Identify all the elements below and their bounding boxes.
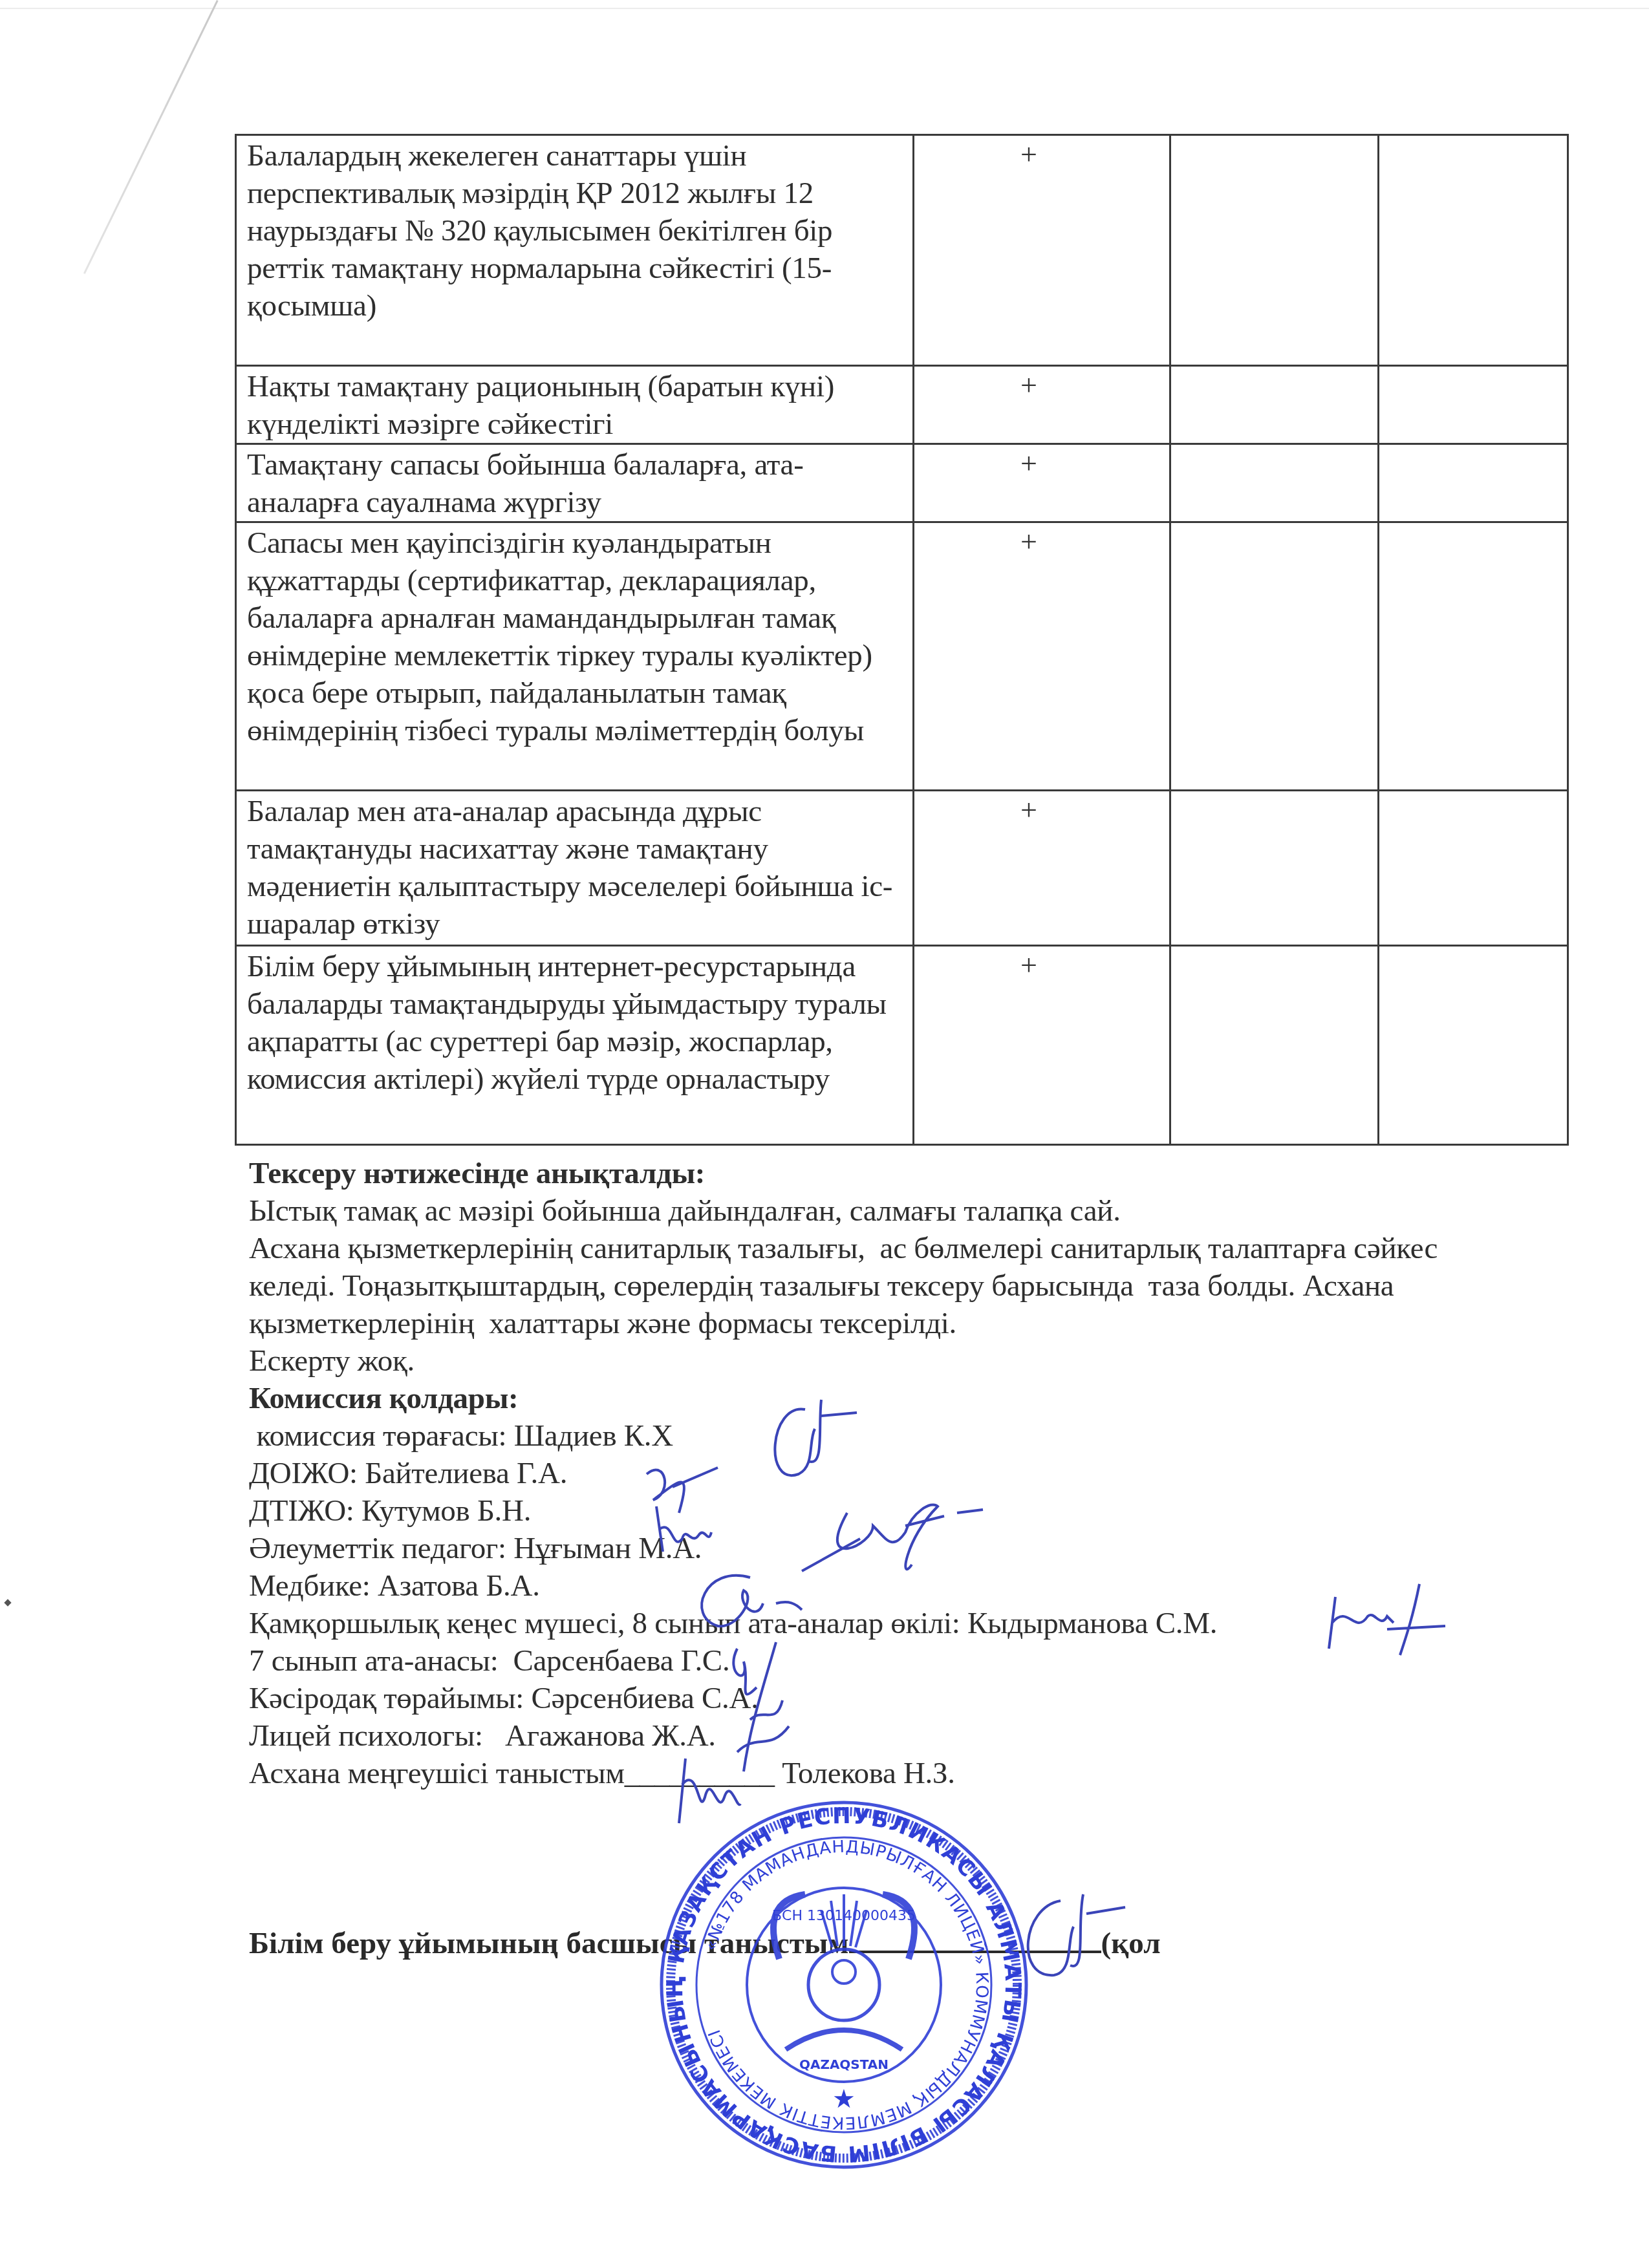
yes-mark-cell: + [914,366,1170,444]
criterion-cell: Білім беру ұйымының интернет-ресурстарын… [236,946,914,1145]
note-cell [1379,522,1568,791]
commission-member: Кәсіродақ төрайымы: Сәрсенбиева С.А. [249,1680,1607,1717]
no-mark-cell [1170,791,1379,946]
scan-streak [83,0,219,274]
table-row: Балалар мен ата-аналар арасында дұрыс та… [236,791,1568,946]
note-cell [1379,135,1568,366]
no-mark-cell [1170,366,1379,444]
table-row: Сапасы мен қауіпсіздігін куәландыратын қ… [236,522,1568,791]
official-stamp-icon: ҚАЗАҚСТАН РЕСПУБЛИКАСЫ АЛМАТЫ ҚАЛАСЫ БІЛ… [656,1797,1031,2172]
no-mark-cell [1170,946,1379,1145]
yes-mark-cell: + [914,522,1170,791]
commission-member: 7 сынып ата-анасы: Сарсенбаева Г.С. [249,1642,1607,1680]
checklist-table: Балалардың жекелеген санаттары үшін перс… [235,134,1569,1146]
scan-edge-mark [4,1599,11,1606]
stamp-bin: БСН 130140000435 [772,1908,916,1924]
commission-member: Қамқоршылық кеңес мүшесі, 8 сынып ата-ан… [249,1605,1607,1642]
criterion-cell: Нақты тамақтану рационының (баратын күні… [236,366,914,444]
findings-line: Асхана қызметкерлерінің санитарлық тазал… [249,1230,1607,1267]
plus-mark: + [1020,527,1037,557]
note-cell [1379,366,1568,444]
yes-mark-cell: + [914,444,1170,522]
plus-mark: + [1020,795,1037,825]
findings-line: Ескерту жоқ. [249,1342,1607,1380]
commission-member: ДОІЖО: Байтелиева Г.А. [249,1455,1607,1492]
commission-member: Лицей психологы: Агажанова Ж.А. [249,1717,1607,1755]
criterion-cell: Балалардың жекелеген санаттары үшін перс… [236,135,914,366]
note-cell [1379,791,1568,946]
table-row: Нақты тамақтану рационының (баратын күні… [236,366,1568,444]
plus-mark: + [1020,449,1037,478]
no-mark-cell [1170,444,1379,522]
criterion-cell: Тамақтану сапасы бойынша балаларға, ата-… [236,444,914,522]
commission-member: Медбике: Азатова Б.А. [249,1567,1607,1605]
note-cell [1379,946,1568,1145]
canteen-head-blank: __________ [625,1757,775,1790]
note-cell [1379,444,1568,522]
plus-mark: + [1020,370,1037,400]
commission-member: ДТІЖО: Кутумов Б.Н. [249,1492,1607,1530]
yes-mark-cell: + [914,135,1170,366]
findings-section: Тексеру нәтижесінде анықталды: Ыстық там… [249,1155,1607,1792]
table-row: Тамақтану сапасы бойынша балаларға, ата-… [236,444,1568,522]
plus-mark: + [1020,140,1037,169]
canteen-head-line: Асхана меңгеушісі таныстым__________ Тол… [249,1755,1607,1792]
table-row: Балалардың жекелеген санаттары үшін перс… [236,135,1568,366]
findings-line: Ыстық тамақ ас мәзірі бойынша дайындалға… [249,1192,1607,1230]
commission-member: комиссия төрағасы: Шадиев К.Х [249,1417,1607,1455]
stamp-emblem-label: QAZAQSTAN [799,2057,889,2072]
criterion-cell: Балалар мен ата-аналар арасында дұрыс та… [236,791,914,946]
canteen-head-prefix: Асхана меңгеушісі таныстым [249,1757,625,1790]
no-mark-cell [1170,522,1379,791]
yes-mark-cell: + [914,791,1170,946]
findings-line: келеді. Тоңазытқыштардың, сөрелердің таз… [249,1267,1607,1305]
commission-heading: Комиссия қолдары: [249,1380,1607,1417]
no-mark-cell [1170,135,1379,366]
plus-mark: + [1020,950,1037,980]
findings-heading: Тексеру нәтижесінде анықталды: [249,1155,1607,1192]
scan-edge-line [0,8,1649,9]
canteen-head-name: Толекова Н.З. [775,1757,955,1790]
table-row: Білім беру ұйымының интернет-ресурстарын… [236,946,1568,1145]
findings-line: қызметкерлерінің халаттары және формасы … [249,1305,1607,1342]
yes-mark-cell: + [914,946,1170,1145]
svg-text:★: ★ [832,2084,856,2114]
criterion-cell: Сапасы мен қауіпсіздігін куәландыратын қ… [236,522,914,791]
head-acknowledgement-suffix: (қол [1101,1927,1161,1960]
commission-member: Әлеуметтік педагог: Нұғыман М.А. [249,1530,1607,1567]
